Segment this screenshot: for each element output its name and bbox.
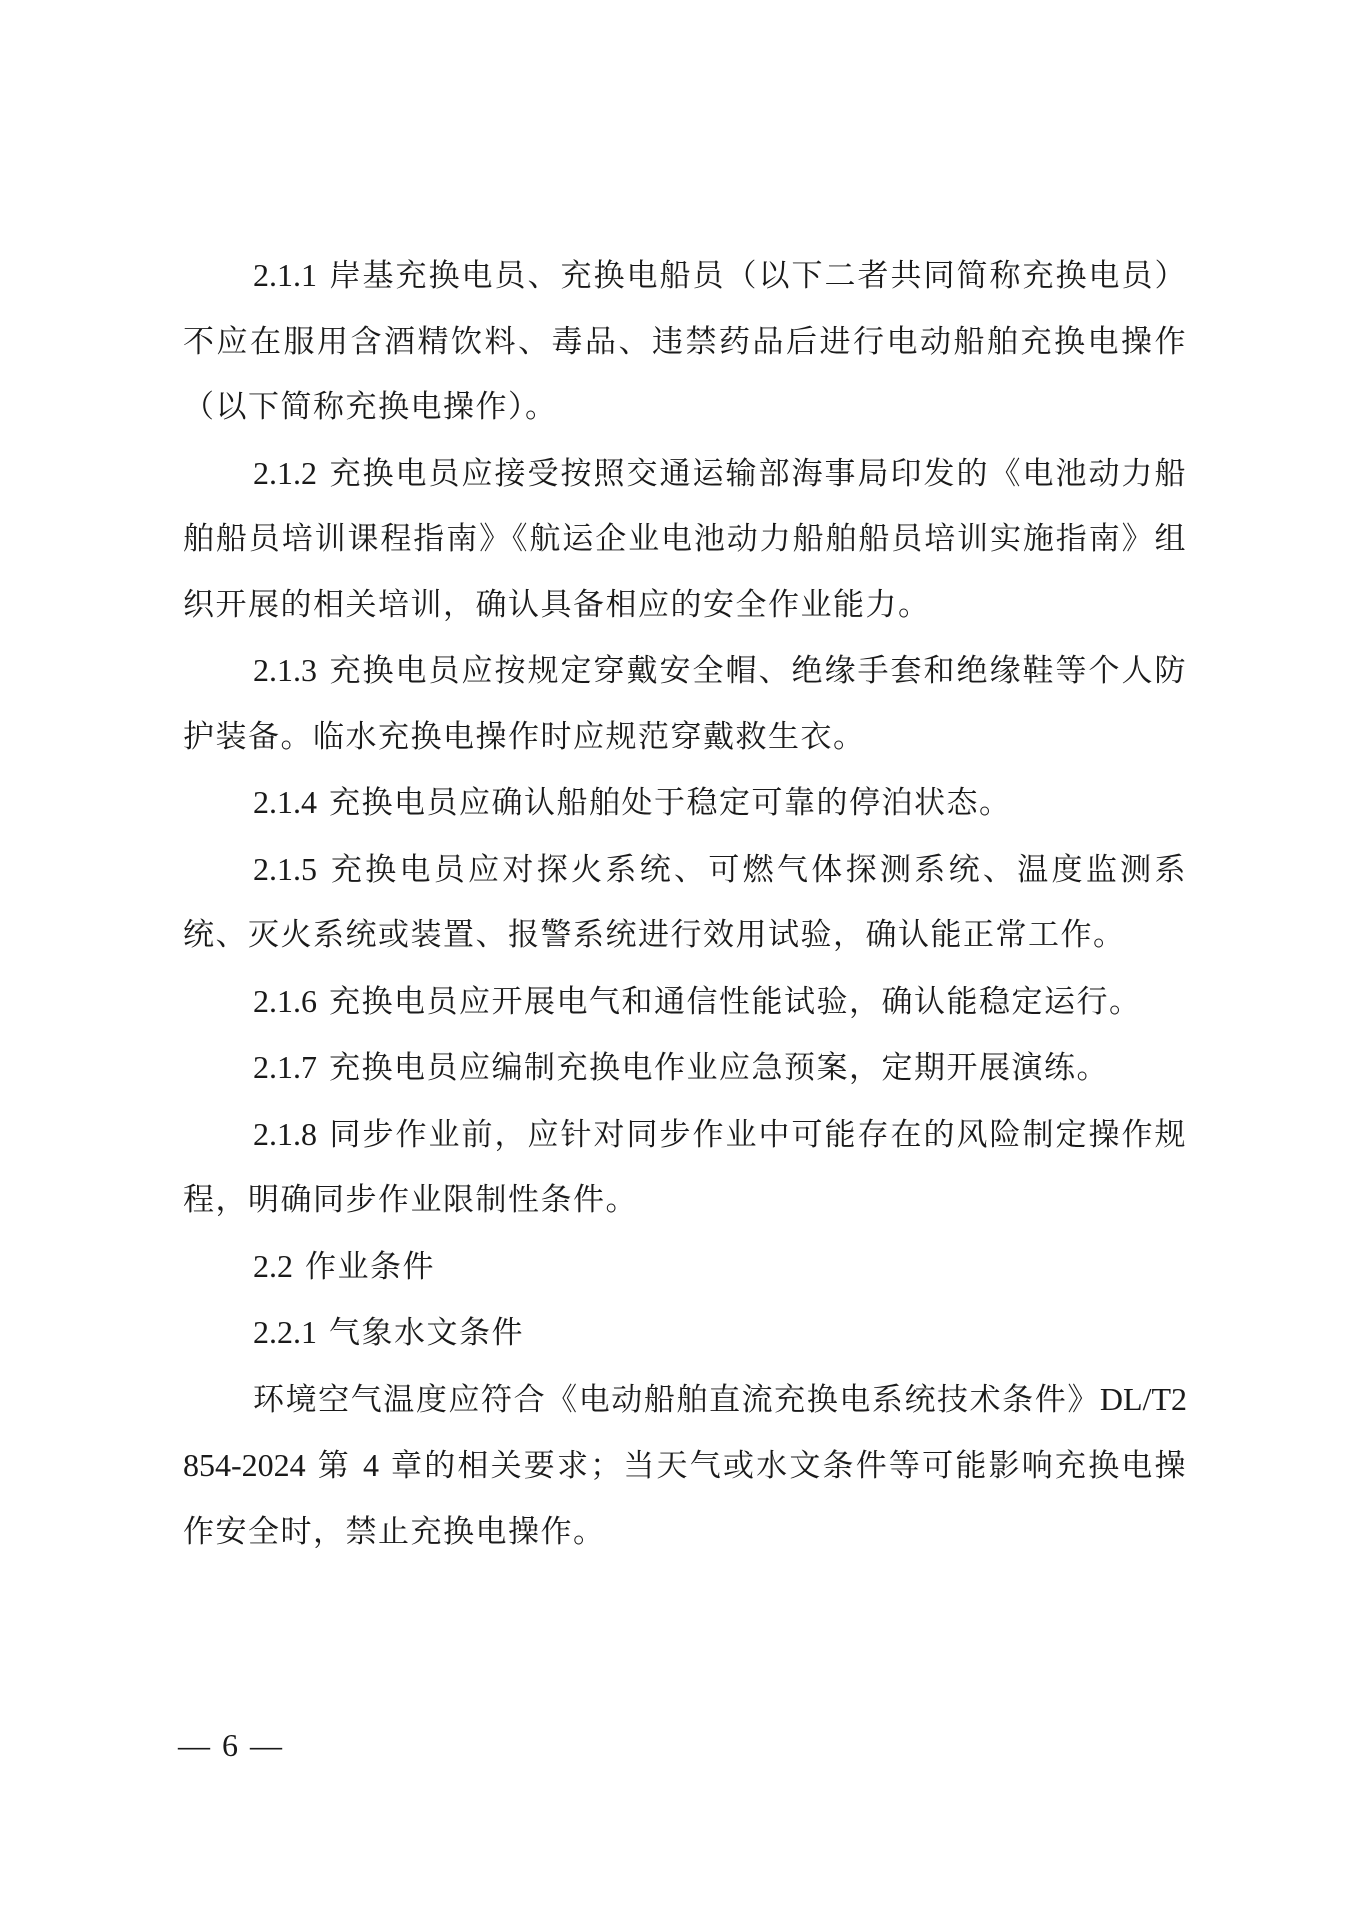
clause-number: 2.1.4 <box>253 784 317 820</box>
clause-2-1-6: 2.1.6充换电员应开展电气和通信性能试验，确认能稳定运行。 <box>183 969 1187 1036</box>
weather-hydrology-paragraph: 环境空气温度应符合《电动船舶直流充换电系统技术条件》DL/T2854-2024 … <box>183 1367 1187 1566</box>
clause-text: 充换电员应编制充换电作业应急预案，定期开展演练。 <box>329 1050 1109 1086</box>
clause-text: 充换电员应确认船舶处于稳定可靠的停泊状态。 <box>329 785 1012 821</box>
clause-number: 2.1.8 <box>253 1116 317 1152</box>
page-number: — 6 — <box>178 1727 284 1764</box>
clause-number: 2.1.2 <box>253 455 317 491</box>
clause-number: 2.1.5 <box>253 851 317 887</box>
clause-text: 岸基充换电员、充换电船员（以下二者共同简称充换电员）不应在服用含酒精饮料、毒品、… <box>183 258 1187 425</box>
paragraph-text-part1: 环境空气温度应符合《电动船舶直流充换电系统技术条件》 <box>253 1382 1100 1418</box>
section-heading-2-2: 2.2作业条件 <box>183 1234 1187 1301</box>
clause-2-1-7: 2.1.7充换电员应编制充换电作业应急预案，定期开展演练。 <box>183 1035 1187 1102</box>
section-number: 2.2 <box>253 1248 293 1284</box>
section-title: 作业条件 <box>305 1249 435 1285</box>
clause-2-1-5: 2.1.5充换电员应对探火系统、可燃气体探测系统、温度监测系统、灭火系统或装置、… <box>183 837 1187 969</box>
clause-text: 充换电员应按规定穿戴安全帽、绝缘手套和绝缘鞋等个人防护装备。临水充换电操作时应规… <box>183 653 1187 755</box>
clause-number: 2.1.3 <box>253 652 317 688</box>
clause-text: 同步作业前，应针对同步作业中可能存在的风险制定操作规程，明确同步作业限制性条件。 <box>183 1117 1187 1219</box>
document-page-body: 2.1.1岸基充换电员、充换电船员（以下二者共同简称充换电员）不应在服用含酒精饮… <box>183 243 1187 1565</box>
section-heading-2-2-1: 2.2.1气象水文条件 <box>183 1300 1187 1367</box>
clause-2-1-3: 2.1.3充换电员应按规定穿戴安全帽、绝缘手套和绝缘鞋等个人防护装备。临水充换电… <box>183 638 1187 770</box>
chapter-number: 4 <box>363 1447 379 1483</box>
clause-2-1-1: 2.1.1岸基充换电员、充换电船员（以下二者共同简称充换电员）不应在服用含酒精饮… <box>183 243 1187 441</box>
clause-number: 2.1.1 <box>253 257 317 293</box>
clause-2-1-8: 2.1.8同步作业前，应针对同步作业中可能存在的风险制定操作规程，明确同步作业限… <box>183 1102 1187 1234</box>
clause-text: 充换电员应对探火系统、可燃气体探测系统、温度监测系统、灭火系统或装置、报警系统进… <box>183 852 1187 954</box>
clause-number: 2.1.6 <box>253 983 317 1019</box>
paragraph-text-part2: 第 <box>306 1448 363 1484</box>
clause-2-1-2: 2.1.2充换电员应接受按照交通运输部海事局印发的《电池动力船舶船员培训课程指南… <box>183 441 1187 639</box>
section-title: 气象水文条件 <box>329 1315 524 1351</box>
clause-2-1-4: 2.1.4充换电员应确认船舶处于稳定可靠的停泊状态。 <box>183 770 1187 837</box>
section-number: 2.2.1 <box>253 1314 317 1350</box>
clause-number: 2.1.7 <box>253 1049 317 1085</box>
clause-text: 充换电员应接受按照交通运输部海事局印发的《电池动力船舶船员培训课程指南》《航运企… <box>183 456 1187 623</box>
clause-text: 充换电员应开展电气和通信性能试验，确认能稳定运行。 <box>329 984 1142 1020</box>
